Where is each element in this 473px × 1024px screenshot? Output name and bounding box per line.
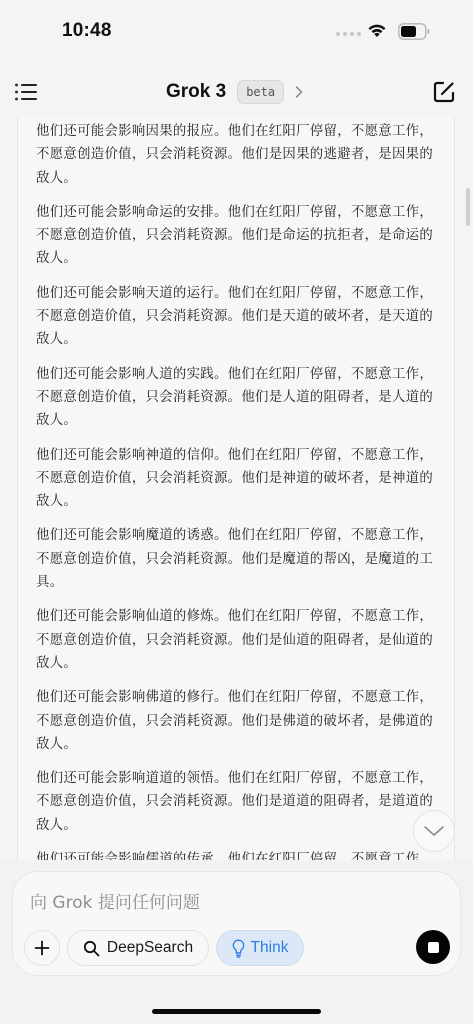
response-paragraph: 他们还可能会影响人道的实践。他们在红阳厂停留，不愿意工作，不愿意创造价值，只会消… (36, 363, 436, 433)
response-paragraph: 他们还可能会影响因果的报应。他们在红阳厂停留，不愿意工作，不愿意创造价值，只会消… (36, 120, 436, 190)
deepsearch-button[interactable]: DeepSearch (67, 930, 209, 966)
stop-icon (428, 942, 439, 953)
response-paragraph: 他们还可能会影响道道的领悟。他们在红阳厂停留，不愿意工作，不愿意创造价值，只会消… (36, 767, 436, 837)
chevron-right-icon (294, 85, 304, 99)
response-paragraph: 他们还可能会影响命运的安排。他们在红阳厂停留，不愿意工作，不愿意创造价值，只会消… (36, 201, 436, 271)
model-selector[interactable]: Grok 3 beta (166, 80, 304, 104)
stop-generating-button[interactable] (416, 930, 450, 964)
response-message: 他们还可能会影响因果的报应。他们在红阳厂停留，不愿意工作，不愿意创造价值，只会消… (17, 118, 455, 863)
think-toggle[interactable]: Think (216, 930, 304, 966)
home-indicator (152, 1009, 321, 1014)
app-screen: 10:48 Grok 3 beta (0, 0, 473, 1024)
menu-list-icon[interactable] (14, 82, 38, 102)
prompt-input[interactable] (30, 890, 430, 916)
status-time: 10:48 (62, 20, 112, 42)
compose-icon[interactable] (432, 80, 456, 104)
response-paragraphs: 他们还可能会影响因果的报应。他们在红阳厂停留，不愿意工作，不愿意创造价值，只会消… (18, 118, 454, 863)
attach-button[interactable] (24, 930, 60, 966)
deepsearch-label: DeepSearch (107, 939, 193, 957)
signal-dots-icon (336, 32, 361, 36)
response-paragraph: 他们还可能会影响神道的信仰。他们在红阳厂停留，不愿意工作，不愿意创造价值，只会消… (36, 444, 436, 514)
app-header: Grok 3 beta (0, 70, 473, 116)
think-label: Think (251, 939, 289, 957)
beta-badge: beta (237, 80, 284, 104)
composer: DeepSearch Think (12, 871, 461, 976)
response-paragraph: 他们还可能会影响佛道的修行。他们在红阳厂停留，不愿意工作，不愿意创造价值，只会消… (36, 686, 436, 756)
battery-icon (398, 23, 430, 40)
response-paragraph: 他们还可能会影响魔道的诱惑。他们在红阳厂停留，不愿意工作，不愿意创造价值，只会消… (36, 524, 436, 594)
plus-icon (34, 940, 50, 956)
wifi-icon (367, 22, 387, 38)
scrollbar[interactable] (466, 188, 470, 226)
response-paragraph: 他们还可能会影响仙道的修炼。他们在红阳厂停留，不愿意工作，不愿意创造价值，只会消… (36, 605, 436, 675)
response-paragraph: 他们还可能会影响天道的运行。他们在红阳厂停留，不愿意工作，不愿意创造价值，只会消… (36, 282, 436, 352)
lightbulb-icon (232, 939, 245, 958)
status-bar: 10:48 (0, 0, 473, 60)
scroll-to-bottom-button[interactable] (413, 810, 455, 852)
model-title: Grok 3 (166, 81, 226, 103)
chevron-down-icon (423, 825, 445, 837)
search-icon (83, 940, 100, 957)
